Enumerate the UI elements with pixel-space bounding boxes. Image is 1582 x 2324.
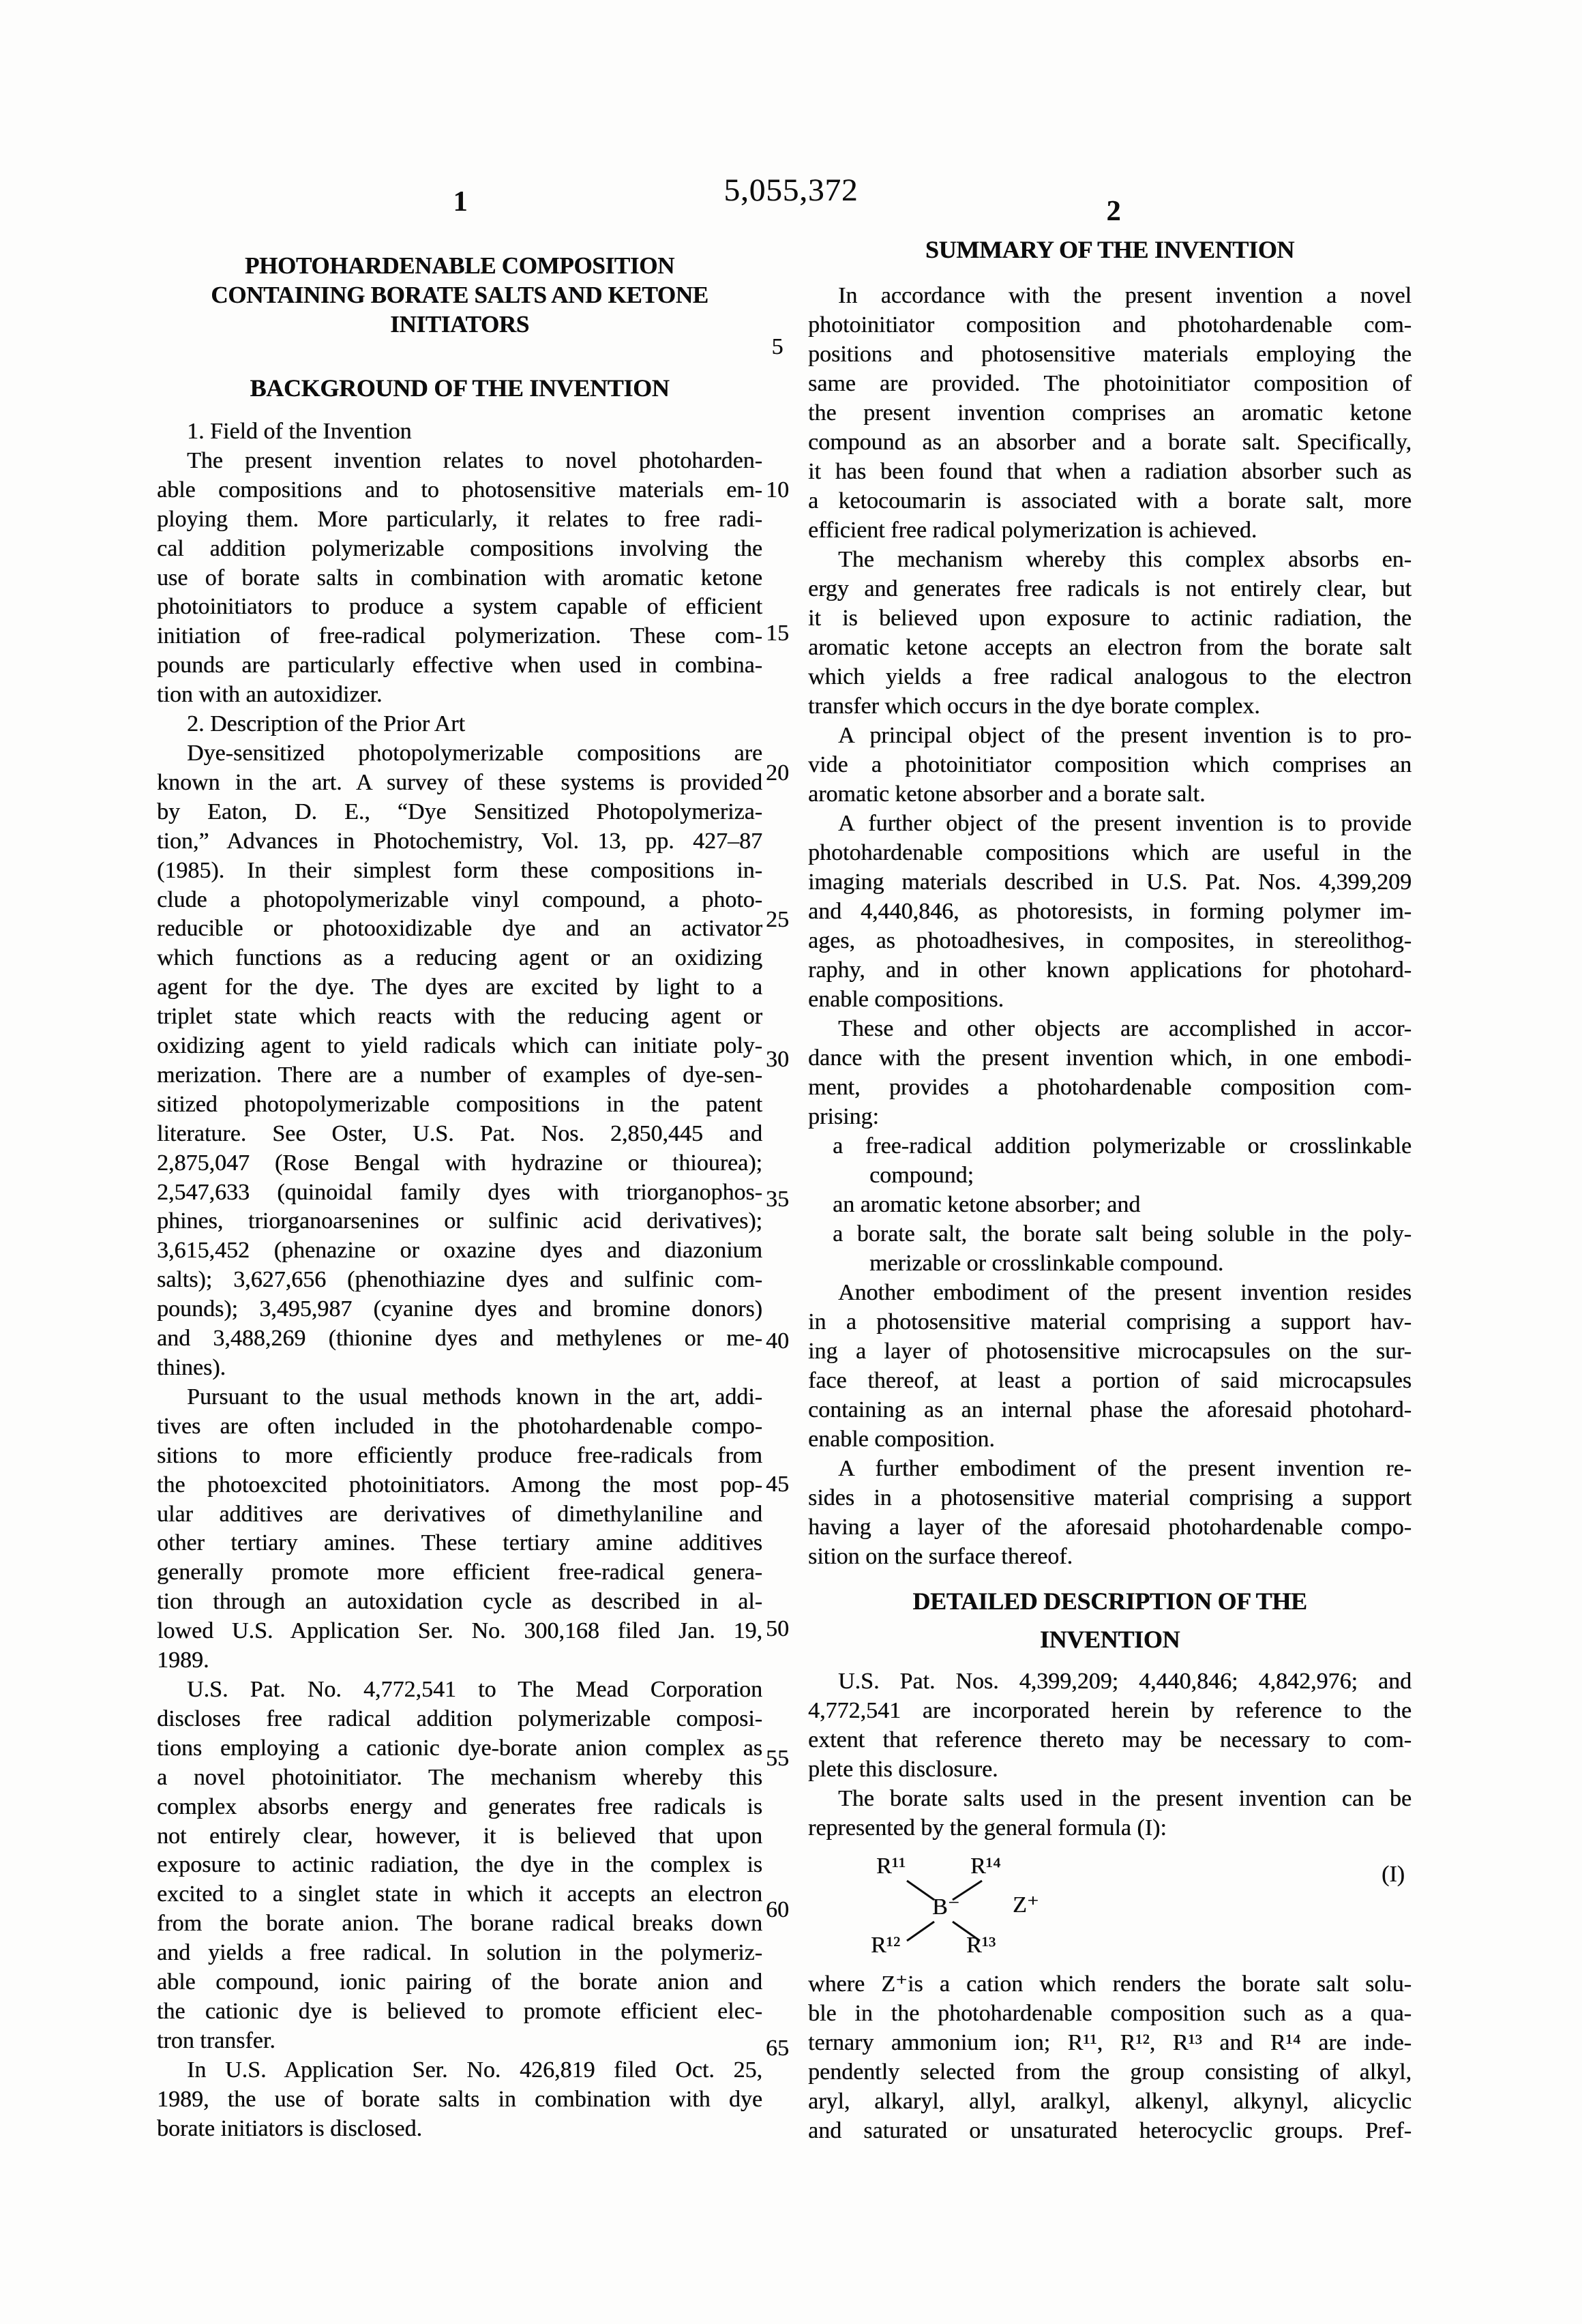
text-line: Another embodiment of the present invent…: [808, 1278, 1412, 1307]
text-line: photoinitiators to produce a system capa…: [157, 593, 762, 622]
text-line: it is believed upon exposure to actinic …: [808, 604, 1412, 633]
patent-number: 5,055,372: [0, 172, 1582, 209]
text-line: enable compositions.: [808, 985, 1412, 1014]
text-line: a borate salt, the borate salt being sol…: [808, 1219, 1412, 1249]
text-line: The present invention relates to novel p…: [157, 447, 762, 476]
text-line: lowed U.S. Application Ser. No. 300,168 …: [157, 1617, 762, 1646]
text-line: sitions to more efficiently produce free…: [157, 1442, 762, 1471]
text-line: aromatic ketone accepts an electron from…: [808, 633, 1412, 662]
text-line: merizable or crosslinkable compound.: [808, 1249, 1412, 1278]
formula-substituent-r11: R¹¹: [876, 1853, 906, 1879]
text-line: oxidizing agent to yield radicals which …: [157, 1032, 762, 1061]
gutter-line-number: 30: [756, 1047, 799, 1073]
text-line: imaging materials described in U.S. Pat.…: [808, 867, 1412, 897]
formula-substituent-r13: R¹³: [966, 1933, 996, 1958]
text-line: tions employing a cationic dye-borate an…: [157, 1734, 762, 1763]
gutter-line-number: 15: [756, 621, 799, 646]
right-column-body-1: In accordance with the present invention…: [808, 281, 1412, 1571]
text-line: 1989.: [157, 1646, 762, 1675]
text-line: and saturated or unsaturated heterocycli…: [808, 2116, 1412, 2145]
text-line: compound as an absorber and a borate sal…: [808, 428, 1412, 457]
text-line: triplet state which reacts with the redu…: [157, 1002, 762, 1032]
text-line: 3,615,452 (phenazine or oxazine dyes and…: [157, 1236, 762, 1266]
column-number-2: 2: [1090, 195, 1137, 228]
formula-substituent-r12: R¹²: [871, 1933, 900, 1958]
text-line: sitized photopolymerizable compositions …: [157, 1090, 762, 1120]
gutter-line-number: 5: [756, 334, 799, 360]
text-line: sides in a photosensitive material compr…: [808, 1483, 1412, 1513]
text-line: aromatic ketone absorber and a borate sa…: [808, 779, 1412, 809]
summary-heading: SUMMARY OF THE INVENTION: [808, 235, 1412, 265]
text-line: raphy, and in other known applications f…: [808, 955, 1412, 985]
gutter-line-number: 10: [756, 477, 799, 503]
text-line: salts); 3,627,656 (phenothiazine dyes an…: [157, 1266, 762, 1295]
text-line: by Eaton, D. E., “Dye Sensitized Photopo…: [157, 798, 762, 827]
text-line: reducible or photooxidizable dye and an …: [157, 914, 762, 944]
text-line: having a layer of the aforesaid photohar…: [808, 1513, 1412, 1542]
text-line: U.S. Pat. Nos. 4,399,209; 4,440,846; 4,8…: [808, 1667, 1412, 1696]
text-line: prising:: [808, 1102, 1412, 1131]
text-line: able compound, ionic pairing of the bora…: [157, 1968, 762, 1997]
text-line: not entirely clear, however, it is belie…: [157, 1822, 762, 1851]
text-line: it has been found that when a radiation …: [808, 457, 1412, 486]
gutter-line-number: 65: [756, 2036, 799, 2061]
text-line: ment, provides a photohardenable composi…: [808, 1073, 1412, 1102]
text-line: A further object of the present inventio…: [808, 809, 1412, 838]
text-line: the present invention comprises an aroma…: [808, 398, 1412, 428]
text-line: 4,772,541 are incorporated herein by ref…: [808, 1696, 1412, 1725]
text-line: known in the art. A survey of these syst…: [157, 769, 762, 798]
gutter-line-number: 50: [756, 1616, 799, 1642]
text-line: clude a photopolymerizable vinyl compoun…: [157, 886, 762, 915]
text-line: photohardenable compositions which are u…: [808, 838, 1412, 867]
text-line: 1. Field of the Invention: [157, 417, 762, 447]
text-line: efficient free radical polymerization is…: [808, 516, 1412, 545]
text-line: where Z⁺is a cation which renders the bo…: [808, 1969, 1412, 1999]
text-line: tion,” Advances in Photochemistry, Vol. …: [157, 827, 762, 856]
text-line: 2,875,047 (Rose Bengal with hydrazine or…: [157, 1149, 762, 1178]
text-line: discloses free radical addition polymeri…: [157, 1705, 762, 1734]
gutter-line-number: 55: [756, 1746, 799, 1772]
text-line: These and other objects are accomplished…: [808, 1014, 1412, 1043]
gutter-line-number: 60: [756, 1897, 799, 1923]
right-column: SUMMARY OF THE INVENTION In accordance w…: [808, 235, 1412, 2145]
text-line: which functions as a reducing agent or a…: [157, 944, 762, 973]
text-line: 2. Description of the Prior Art: [157, 710, 762, 739]
text-line: A principal object of the present invent…: [808, 721, 1412, 750]
text-line: In U.S. Application Ser. No. 426,819 fil…: [157, 2056, 762, 2085]
text-line: transfer which occurs in the dye borate …: [808, 691, 1412, 721]
invention-title-line: INITIATORS: [157, 310, 762, 339]
text-line: A further embodiment of the present inve…: [808, 1454, 1412, 1483]
text-line: initiation of free-radical polymerizatio…: [157, 622, 762, 651]
left-column: PHOTOHARDENABLE COMPOSITION CONTAINING B…: [157, 251, 762, 2143]
text-line: compound;: [808, 1161, 1412, 1190]
text-line: photoinitiator composition and photohard…: [808, 310, 1412, 340]
text-line: ploying them. More particularly, it rela…: [157, 505, 762, 535]
text-line: dance with the present invention which, …: [808, 1043, 1412, 1073]
text-line: able compositions and to photosensitive …: [157, 476, 762, 505]
text-line: U.S. Pat. No. 4,772,541 to The Mead Corp…: [157, 1675, 762, 1705]
right-column-body-3: where Z⁺is a cation which renders the bo…: [808, 1969, 1412, 2145]
text-line: The mechanism whereby this complex absor…: [808, 545, 1412, 574]
text-line: tion through an autoxidation cycle as de…: [157, 1588, 762, 1617]
text-line: merization. There are a number of exampl…: [157, 1061, 762, 1090]
text-line: (1985). In their simplest form these com…: [157, 856, 762, 886]
text-line: exposure to actinic radiation, the dye i…: [157, 1851, 762, 1880]
text-line: the cationic dye is believed to promote …: [157, 1997, 762, 2027]
text-line: tion with an autoxidizer.: [157, 681, 762, 710]
text-line: In accordance with the present invention…: [808, 281, 1412, 310]
right-column-body-2: U.S. Pat. Nos. 4,399,209; 4,440,846; 4,8…: [808, 1667, 1412, 1843]
text-line: and yields a free radical. In solution i…: [157, 1939, 762, 1968]
text-line: ing a layer of photosensitive microcapsu…: [808, 1337, 1412, 1366]
patent-page: 5,055,372 1 2 PHOTOHARDENABLE COMPOSITIO…: [0, 0, 1582, 2324]
gutter-line-number: 25: [756, 907, 799, 933]
text-line: in a photosensitive material comprising …: [808, 1307, 1412, 1337]
detailed-description-heading: DETAILED DESCRIPTION OF THE INVENTION: [808, 1582, 1412, 1658]
text-line: complex absorbs energy and generates fre…: [157, 1793, 762, 1822]
text-line: thines).: [157, 1354, 762, 1383]
borate-formula-diagram: R¹¹ R¹⁴ B⁻ Z⁺ R¹² R¹³ (I): [808, 1853, 1412, 1969]
invention-title: PHOTOHARDENABLE COMPOSITION CONTAINING B…: [157, 251, 762, 339]
text-line: agent for the dye. The dyes are excited …: [157, 973, 762, 1002]
text-line: represented by the general formula (I):: [808, 1813, 1412, 1843]
text-line: pounds); 3,495,987 (cyanine dyes and bro…: [157, 1295, 762, 1324]
text-line: ular additives are derivatives of dimeth…: [157, 1500, 762, 1530]
text-line: and 4,440,846, as photoresists, in formi…: [808, 897, 1412, 926]
text-line: cal addition polymerizable compositions …: [157, 535, 762, 564]
detailed-description-heading-line: DETAILED DESCRIPTION OF THE: [808, 1582, 1412, 1620]
text-line: sition on the surface thereof.: [808, 1542, 1412, 1571]
text-line: plete this disclosure.: [808, 1755, 1412, 1784]
text-line: the photoexcited photoinitiators. Among …: [157, 1471, 762, 1500]
text-line: a ketocoumarin is associated with a bora…: [808, 486, 1412, 516]
invention-title-line: PHOTOHARDENABLE COMPOSITION: [157, 251, 762, 280]
formula-substituent-r14: R¹⁴: [970, 1853, 1001, 1879]
text-line: same are provided. The photoinitiator co…: [808, 369, 1412, 398]
text-line: generally promote more efficient free-ra…: [157, 1558, 762, 1588]
gutter-line-number: 45: [756, 1472, 799, 1498]
text-line: 1989, the use of borate salts in combina…: [157, 2085, 762, 2115]
text-line: excited to a singlet state in which it a…: [157, 1880, 762, 1909]
text-line: and 3,488,269 (thionine dyes and methyle…: [157, 1324, 762, 1354]
text-line: containing as an internal phase the afor…: [808, 1395, 1412, 1425]
gutter-line-number: 40: [756, 1328, 799, 1354]
text-line: extent that reference thereto may be nec…: [808, 1725, 1412, 1755]
text-line: positions and photosensitive materials e…: [808, 340, 1412, 369]
text-line: which yields a free radical analogous to…: [808, 662, 1412, 691]
text-line: 2,547,633 (quinoidal family dyes with tr…: [157, 1178, 762, 1208]
text-line: Dye-sensitized photopolymerizable compos…: [157, 739, 762, 769]
gutter-line-number: 35: [756, 1187, 799, 1212]
text-line: enable composition.: [808, 1425, 1412, 1454]
text-line: Pursuant to the usual methods known in t…: [157, 1383, 762, 1412]
text-line: pounds are particularly effective when u…: [157, 651, 762, 681]
left-column-body: 1. Field of the InventionThe present inv…: [157, 417, 762, 2143]
text-line: phines, triorganoarsenines or sulfinic a…: [157, 1207, 762, 1236]
text-line: literature. See Oster, U.S. Pat. Nos. 2,…: [157, 1120, 762, 1149]
text-line: ternary ammonium ion; R¹¹, R¹², R¹³ and …: [808, 2028, 1412, 2057]
invention-title-line: CONTAINING BORATE SALTS AND KETONE: [157, 280, 762, 310]
text-line: The borate salts used in the present inv…: [808, 1784, 1412, 1813]
formula-cation-z: Z⁺: [1013, 1891, 1039, 1918]
text-line: ages, as photoadhesives, in composites, …: [808, 926, 1412, 955]
text-line: from the borate anion. The borane radica…: [157, 1909, 762, 1939]
detailed-description-heading-line: INVENTION: [808, 1620, 1412, 1658]
text-line: vide a photoinitiator composition which …: [808, 750, 1412, 779]
formula-number-label: (I): [1382, 1862, 1405, 1888]
formula-boron-anion: B⁻: [932, 1893, 960, 1920]
text-line: face thereof, at least a portion of said…: [808, 1366, 1412, 1395]
text-line: a free-radical addition polymerizable or…: [808, 1131, 1412, 1161]
text-line: an aromatic ketone absorber; and: [808, 1190, 1412, 1219]
text-line: borate initiators is disclosed.: [157, 2115, 762, 2144]
text-line: tron transfer.: [157, 2027, 762, 2056]
text-line: aryl, alkaryl, allyl, aralkyl, alkenyl, …: [808, 2087, 1412, 2116]
text-line: ble in the photohardenable composition s…: [808, 1999, 1412, 2028]
text-line: use of borate salts in combination with …: [157, 564, 762, 593]
text-line: a novel photoinitiator. The mechanism wh…: [157, 1763, 762, 1793]
gutter-line-number: 20: [756, 760, 799, 786]
text-line: pendently selected from the group consis…: [808, 2057, 1412, 2087]
background-heading: BACKGROUND OF THE INVENTION: [157, 374, 762, 403]
text-line: ergy and generates free radicals is not …: [808, 574, 1412, 604]
text-line: other tertiary amines. These tertiary am…: [157, 1529, 762, 1558]
column-number-1: 1: [436, 185, 484, 218]
text-line: tives are often included in the photohar…: [157, 1412, 762, 1442]
